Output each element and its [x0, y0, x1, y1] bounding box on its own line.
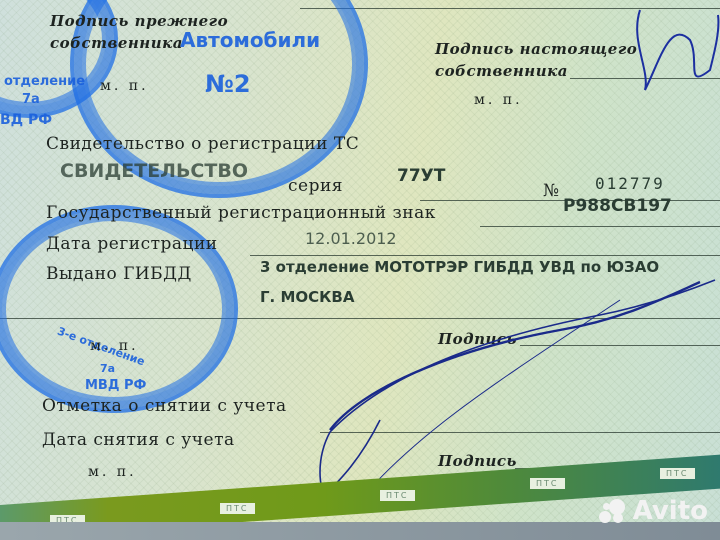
plate-label: Государственный регистрационный знак: [46, 203, 436, 223]
reg-date-value: 12.01.2012: [305, 229, 397, 248]
police-stamp-inner-2: 7а: [100, 362, 115, 375]
issued-value-line1: 3 отделение МОТОТРЭР ГИБДД УВД по ЮЗАО: [260, 258, 659, 276]
police-stamp-text-1: отделение: [4, 74, 85, 89]
series-label: серия: [288, 176, 343, 196]
avito-wordmark: Avito: [633, 496, 708, 526]
signature-label-2: Подпись: [438, 452, 517, 470]
signature-label: Подпись: [438, 330, 517, 348]
current-owner-signature-label: Подпись настоящего собственника: [435, 38, 645, 82]
number-value: 012779: [595, 174, 665, 193]
seal-placeholder-4: м. п.: [88, 464, 137, 480]
police-stamp-inner-3: МВД РФ: [85, 378, 146, 393]
rule-line: [320, 432, 720, 433]
seal-placeholder-3: м. п.: [90, 338, 139, 354]
certificate-printed: СВИДЕТЕЛЬСТВО: [60, 160, 248, 182]
band-label: ПТС: [660, 468, 695, 479]
prev-owner-signature-label: Подпись прежнего собственника: [50, 10, 260, 54]
police-stamp-text-2: 7а: [22, 92, 40, 107]
deregistration-label: Отметка о снятии с учета: [42, 396, 287, 416]
number-label: №: [543, 181, 560, 201]
rule-line: [480, 226, 720, 227]
seal-placeholder-2: м. п.: [474, 92, 523, 108]
band-label: ПТС: [380, 490, 415, 501]
rule-line: [250, 255, 720, 256]
issued-value-line2: Г. МОСКВА: [260, 288, 354, 306]
seal-placeholder-1: м. п.: [100, 78, 149, 94]
avito-watermark: Avito: [599, 496, 708, 526]
rule-line: [520, 345, 720, 346]
rule-line: [300, 8, 720, 9]
band-label: ПТС: [530, 478, 565, 489]
deregistration-date-label: Дата снятия с учета: [42, 430, 235, 450]
series-value: 77УТ: [397, 166, 445, 186]
avito-logo-icon: [599, 499, 627, 523]
dealer-stamp-number: №2: [205, 70, 251, 98]
certificate-label: Свидетельство о регистрации ТС: [46, 134, 359, 154]
plate-value: Р988СВ197: [563, 196, 672, 216]
issued-label: Выдано ГИБДД: [46, 264, 192, 284]
reg-date-label: Дата регистрации: [46, 234, 218, 254]
band-label: ПТС: [220, 503, 255, 514]
police-stamp-text-3: ВД РФ: [0, 112, 52, 128]
